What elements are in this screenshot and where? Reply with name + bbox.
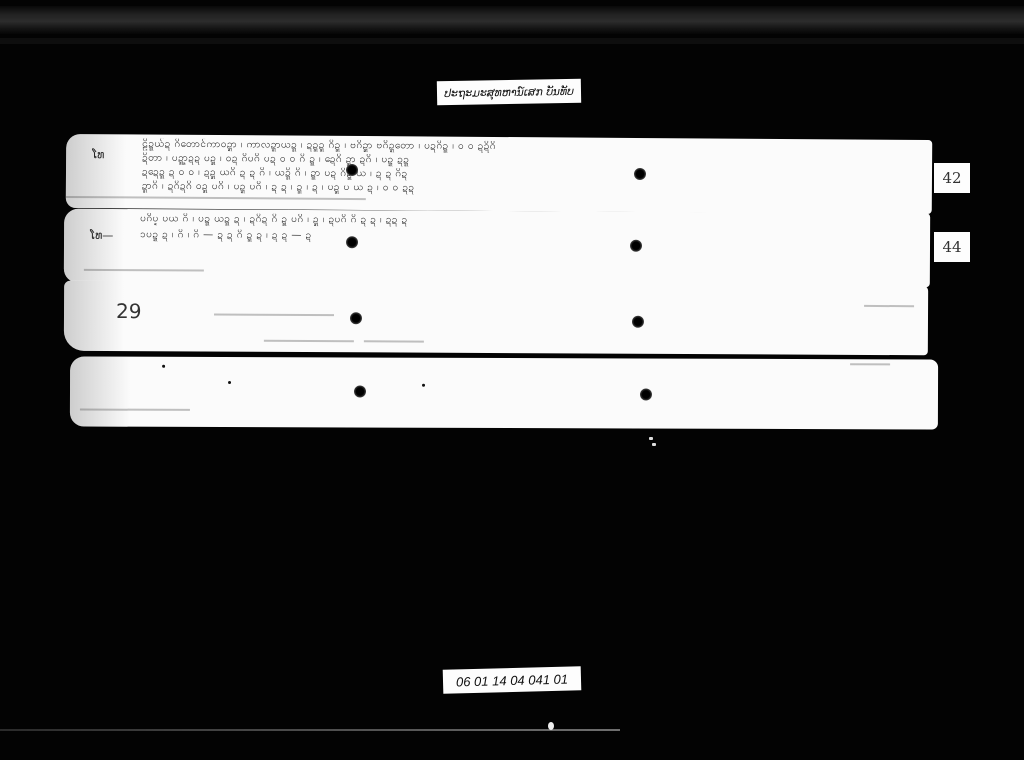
- script-line: ဍ္ဍာဂိ ၊ ဍဂိဍဂိ ၀ဍ္ဍ ပဂိ ၊ ပဍ္ဍ ပဂိ ၊ ဍ …: [142, 181, 910, 198]
- catalog-id-label: 06 01 14 04 041 01: [443, 666, 582, 694]
- leaf-margin-mark: ໂທ: [92, 148, 104, 161]
- wood-grain: [214, 314, 334, 317]
- string-hole: [634, 168, 646, 180]
- palm-leaf-1: ໂທ ဠိဍ္ဍယ်ဍ ဂိတောင်ကာဝဍ္ဍာ ၊ ကာလဍ္ဍာယဍ္ဍ…: [66, 134, 932, 214]
- debris-fleck: [649, 437, 653, 440]
- wood-grain: [84, 269, 204, 272]
- speck: [422, 384, 425, 387]
- string-hole: [346, 164, 358, 176]
- handwritten-leaf-number: 29: [116, 299, 142, 323]
- palm-leaf-2: ໂທ— ပဂိပ္ဍ ပယ ဂိ ၊ ပဍ္ဍ ယဍ္ဍ ဍ ၊ ဍဂိဍ ဂိ…: [64, 209, 930, 288]
- script-line: ပဂိပ္ဍ ပယ ဂိ ၊ ပဍ္ဍ ယဍ္ဍ ဍ ၊ ဍဂိဍ ဂိ ဍ္ဍ…: [140, 213, 908, 229]
- speck: [228, 381, 231, 384]
- palm-leaf-3: 29: [64, 281, 928, 356]
- debris-fleck: [652, 443, 656, 446]
- script-line: ၁ပဍ္ဍ ဍ ၊ ဂိ ၊ ဂိ — ဍ ဍ ဂိ ဍ္ဍ ဍ ၊ ဍ ဍ —…: [140, 229, 908, 245]
- string-hole: [350, 312, 362, 324]
- string-hole: [346, 236, 358, 248]
- scanner-noise-band: [0, 6, 1024, 34]
- speck: [162, 365, 165, 368]
- string-hole: [354, 385, 366, 397]
- string-hole: [632, 316, 644, 328]
- wood-grain: [66, 196, 366, 200]
- palm-leaf-4: [70, 356, 938, 429]
- scanner-noise-band-lower: [0, 38, 1024, 44]
- page-number-label: 44: [934, 232, 970, 262]
- string-hole: [630, 240, 642, 252]
- string-hole: [640, 388, 652, 400]
- page-number-label: 42: [934, 163, 970, 193]
- wood-grain: [80, 409, 190, 411]
- wood-grain: [264, 340, 354, 342]
- collection-title-label: ປະຖະມະສຸທຫານ໌ເສກ ບັນທັບ: [437, 79, 581, 106]
- scanner-edge-line: [0, 729, 620, 731]
- wood-grain: [864, 305, 914, 307]
- wood-grain: [850, 363, 890, 365]
- scanner-artifact: [548, 722, 554, 730]
- wood-grain: [364, 340, 424, 342]
- leaf-margin-mark: ໂທ—: [90, 229, 113, 242]
